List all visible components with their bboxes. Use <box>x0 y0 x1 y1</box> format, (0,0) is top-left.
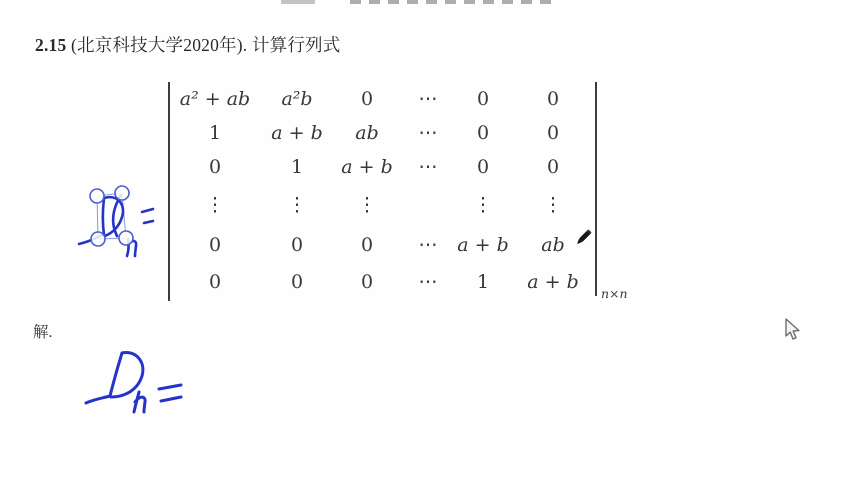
matrix-cell-r3c5: 0 <box>456 150 510 184</box>
clipped-title-fragment <box>350 0 556 4</box>
matrix-cell-r5c1: 0 <box>170 226 260 264</box>
determinant-size-subscript: n×n <box>601 286 628 301</box>
matrix-cell-r4c6: ⋮ <box>510 184 596 226</box>
matrix-cell-r3c4: ⋯ <box>400 150 456 184</box>
problem-heading: 2.15 (北京科技大学2020年). 计算行列式 <box>35 32 340 57</box>
matrix-cell-r1c5: 0 <box>456 82 510 116</box>
matrix-cell-r6c6: a + b <box>510 264 596 300</box>
matrix-cell-r4c2: ⋮ <box>260 184 334 226</box>
determinant-grid: a² + aba²b0⋯001a + bab⋯0001a + b⋯00⋮⋮⋮⋮⋮… <box>170 82 596 300</box>
matrix-cell-r6c5: 1 <box>456 264 510 300</box>
matrix-cell-r3c3: a + b <box>334 150 400 184</box>
matrix-cell-r1c1: a² + ab <box>170 82 260 116</box>
problem-source: (北京科技大学2020年). <box>66 35 247 55</box>
handwritten-dn-selected[interactable] <box>76 181 182 270</box>
matrix-cell-r6c3: 0 <box>334 264 400 300</box>
selection-handle <box>119 231 133 245</box>
selection-handle <box>91 232 105 246</box>
matrix-cell-r2c3: ab <box>334 116 400 150</box>
matrix-cell-r4c3: ⋮ <box>334 184 400 226</box>
matrix-cell-r2c4: ⋯ <box>400 116 456 150</box>
matrix-cell-r4c5: ⋮ <box>456 184 510 226</box>
matrix-cell-r5c5: a + b <box>456 226 510 264</box>
matrix-cell-r1c6: 0 <box>510 82 596 116</box>
matrix-cell-r1c3: 0 <box>334 82 400 116</box>
problem-task: 计算行列式 <box>247 35 340 55</box>
matrix-cell-r4c4 <box>400 184 456 226</box>
matrix-cell-r6c4: ⋯ <box>400 264 456 300</box>
matrix-cell-r6c2: 0 <box>260 264 334 300</box>
handwritten-dn-equation[interactable] <box>82 346 194 421</box>
clipped-title-fragment <box>281 0 315 4</box>
matrix-cell-r5c4: ⋯ <box>400 226 456 264</box>
solution-label: 解. <box>33 320 52 342</box>
matrix-cell-r1c4: ⋯ <box>400 82 456 116</box>
matrix-cell-r3c6: 0 <box>510 150 596 184</box>
document-page: 2.15 (北京科技大学2020年). 计算行列式 a² + aba²b0⋯00… <box>0 0 864 486</box>
selection-handle <box>90 189 104 203</box>
problem-number: 2.15 <box>35 35 66 55</box>
matrix-cell-r2c6: 0 <box>510 116 596 150</box>
matrix-cell-r2c2: a + b <box>260 116 334 150</box>
matrix-cell-r3c2: 1 <box>260 150 334 184</box>
matrix-cell-r1c2: a²b <box>260 82 334 116</box>
selection-handle <box>115 186 129 200</box>
matrix-cell-r3c1: 0 <box>170 150 260 184</box>
matrix-cell-r5c2: 0 <box>260 226 334 264</box>
matrix-cell-r4c1: ⋮ <box>170 184 260 226</box>
matrix-cell-r6c1: 0 <box>170 264 260 300</box>
matrix-cell-r2c5: 0 <box>456 116 510 150</box>
arrow-cursor-icon <box>784 318 802 347</box>
matrix-cell-r5c3: 0 <box>334 226 400 264</box>
pencil-cursor-icon <box>572 227 594 254</box>
matrix-cell-r2c1: 1 <box>170 116 260 150</box>
